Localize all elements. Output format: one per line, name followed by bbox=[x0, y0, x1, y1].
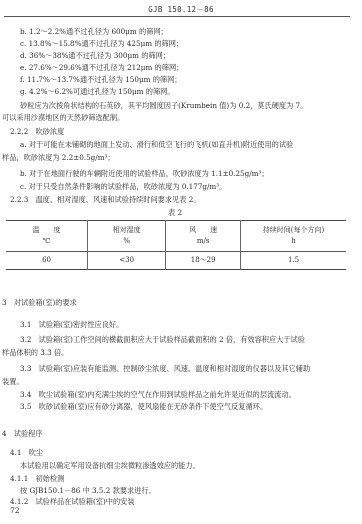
header-rule bbox=[4, 16, 350, 17]
table-header-row: 温 度 ℃ 相对湿度 % 风 速 m/s 持续时间(每个方向) h bbox=[6, 221, 346, 252]
cell-duration: 1.5 bbox=[241, 252, 346, 270]
running-header: GJB 150.12－86 bbox=[0, 4, 362, 15]
section-4-heading: 4 试验程序 bbox=[2, 428, 43, 439]
section-3-1: 3.1 试验箱(室)密封性应良好。 bbox=[0, 319, 123, 330]
section-4-1-1-heading: 4.1.1 初始检测 bbox=[0, 473, 64, 484]
list-item-f: f. 11.7%～13.7%通不过孔径为 150μm 的筛网； bbox=[0, 74, 181, 85]
section-3-2-line1: 3.2 试验箱(室)工作空间的横截面积应大于试验样品截面积的 2 倍，有效容积应… bbox=[0, 334, 305, 345]
col-header-humidity: 相对湿度 % bbox=[88, 221, 166, 252]
cell-wind-speed: 18～29 bbox=[166, 252, 241, 270]
sand-paragraph-line2: 可以采用沙漠地区的天然砂筛选配制。 bbox=[2, 112, 124, 123]
col-header-temperature: 温 度 ℃ bbox=[6, 221, 88, 252]
list-item-g: g. 4.2%～6.2%可通过孔径为 150μm 的筛网。 bbox=[0, 86, 175, 97]
section-3-3-line2: 装置。 bbox=[2, 376, 24, 387]
section-3-4: 3.4 吹尘试验箱(室)内充满尘埃的空气在作用到试验样品之前允许是近似的层流流动… bbox=[0, 389, 296, 400]
document-page: GJB 150.12－86 b. 1.2～2.2%通不过孔径为 600μm 的筛… bbox=[0, 0, 362, 524]
sec-2-2-2-a-line1: a. 对于可能在未铺砌的地面上发动、滑行和低空飞行的飞机(如直升机)附近使用的试… bbox=[0, 139, 293, 150]
list-item-c: c. 13.8%～15.8%通不过孔径为 425μm 的筛网； bbox=[0, 38, 183, 49]
col-header-wind-speed: 风 速 m/s bbox=[166, 221, 241, 252]
table-row: 60 <30 18～29 1.5 bbox=[6, 252, 346, 270]
section-4-1-heading: 4.1 吹尘 bbox=[0, 447, 43, 458]
section-3-2-line2: 样品体积的 3.3 倍。 bbox=[2, 347, 68, 358]
sand-paragraph-line1: 砂粒应为次棱角状结构的石英砂，其平均圆度因子(Krumbein 值)为 0.2，… bbox=[0, 100, 307, 111]
section-4-1-1-text: 按 GJB150.1－86 中 3.5.2 款要求进行。 bbox=[0, 485, 156, 496]
section-2-2-3: 2.2.3 温度、相对湿度、风速和试验持续时间要求见表 2。 bbox=[0, 194, 200, 205]
section-3-5: 3.5 吹砂试验箱(室)应有砂分离器，使风扇能在无砂条件下使空气反复循环。 bbox=[0, 401, 267, 412]
sec-2-2-2-a-line2: 样品，吹砂浓度为 2.2±0.5g/m³； bbox=[2, 152, 115, 163]
cell-temperature: 60 bbox=[6, 252, 88, 270]
sec-2-2-2-b: b. 对于在地面行驶的车辆附近使用的试验样品，吹砂浓度为 1.1±0.25g/m… bbox=[0, 168, 269, 179]
section-3-heading: 3 对试验箱(室)的要求 bbox=[2, 297, 77, 308]
table-2: 温 度 ℃ 相对湿度 % 风 速 m/s 持续时间(每个方向) h 60 <30… bbox=[6, 220, 346, 270]
table-caption: 表 2 bbox=[0, 207, 350, 218]
list-item-d: d. 36%～38%通不过孔径为 300μm 的筛网； bbox=[0, 50, 170, 61]
list-item-e: e. 27.6%～29.6%通不过孔径为 212μm 的筛网； bbox=[0, 62, 183, 73]
section-3-3-line1: 3.3 试验箱(室)应装有能监测、控制砂尘浓度、风速、温度和相对湿度的仪器以及其… bbox=[0, 363, 310, 374]
section-4-1-text: 本试验用以确定军用设备抗细尘埃微粒渗透效应的能力。 bbox=[0, 460, 200, 471]
section-2-2-2-heading: 2.2.2 吹砂浓度 bbox=[0, 126, 64, 137]
col-header-duration: 持续时间(每个方向) h bbox=[241, 221, 346, 252]
list-item-b: b. 1.2～2.2%通不过孔径为 600μm 的筛网； bbox=[0, 26, 168, 37]
page-number: 72 bbox=[10, 505, 20, 516]
cell-humidity: <30 bbox=[88, 252, 166, 270]
section-4-1-2-heading: 4.1.2 试验样品在试验箱(室)中的安装 bbox=[0, 496, 135, 507]
sec-2-2-2-c: c. 对于只受自然条件影响的试验样品，吹砂浓度为 0.177g/m³。 bbox=[0, 181, 226, 192]
